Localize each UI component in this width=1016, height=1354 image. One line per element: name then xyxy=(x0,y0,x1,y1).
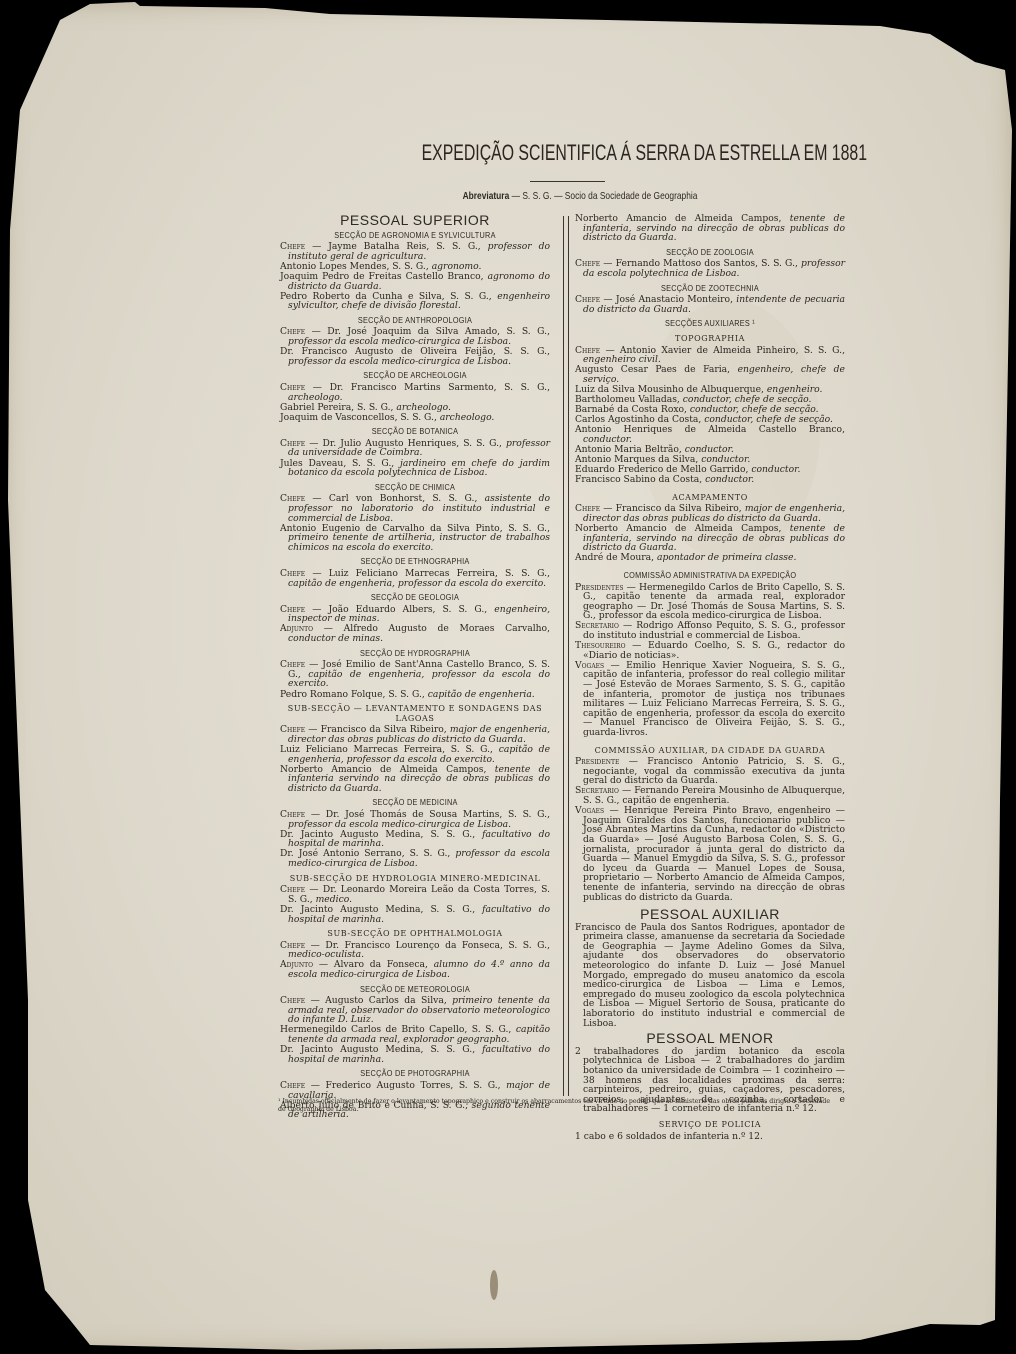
list-item: Chefe — Antonio Xavier de Almeida Pinhei… xyxy=(575,346,845,365)
section-heading: SECÇÃO DE ZOOLOGIA xyxy=(595,248,825,258)
list-item: Dr. Francisco Augusto de Oliveira Feijão… xyxy=(280,347,550,366)
section-heading: SECÇÃO DE HYDROGRAPHIA xyxy=(300,649,530,659)
list-item: Chefe — Francisco da Silva Ribeiro, majo… xyxy=(280,725,550,744)
list-item: Dr. Jacinto Augusto Medina, S. S. G., fa… xyxy=(280,830,550,849)
list-item: Dr. Jacinto Augusto Medina, S. S. G., fa… xyxy=(280,1045,550,1064)
column-divider xyxy=(563,216,569,1096)
list-item: Chefe — Francisco da Silva Ribeiro, majo… xyxy=(575,504,845,523)
entry-desc: conductor. xyxy=(705,474,754,485)
servico-policia-text: 1 cabo e 6 soldados de infanteria n.º 12… xyxy=(575,1132,845,1142)
pessoal-auxiliar-text: Francisco de Paula dos Santos Rodrigues,… xyxy=(575,923,845,1029)
section-heading: SECÇÃO DE ANTHROPOLOGIA xyxy=(300,316,530,326)
list-item: Chefe — Dr. Francisco Martins Sarmento, … xyxy=(280,383,550,402)
list-item: Chefe — Carl von Bonhorst, S. S. G., ass… xyxy=(280,494,550,523)
abbreviation-label: Abreviatura xyxy=(463,190,510,202)
heading-pessoal-menor: PESSOAL MENOR xyxy=(575,1034,845,1044)
abbreviation-text: — S. S. G. — Socio da Sociedade de Geogr… xyxy=(512,190,698,202)
list-item: Hermenegildo Carlos de Brito Capello, S.… xyxy=(280,1025,550,1044)
list-item: Augusto Cesar Paes de Faria, engenheiro,… xyxy=(575,365,845,384)
heading-pessoal-auxiliar: PESSOAL AUXILIAR xyxy=(575,910,845,920)
entry-text: Henrique Pereira Pinto Bravo, engenheiro… xyxy=(583,805,845,902)
list-item: Chefe — José Anastacio Monteiro, intende… xyxy=(575,295,845,314)
list-item: Pedro Romano Folque, S. S. G., capitão d… xyxy=(280,690,550,700)
section-heading: SECÇÃO DE CHIMICA xyxy=(300,483,530,493)
heading-commissao-auxiliar: COMMISSÃO AUXILIAR, DA CIDADE DA GUARDA xyxy=(575,746,845,756)
list-item: Norberto Amancio de Almeida Campos, tene… xyxy=(575,524,845,553)
entry-desc: primeiro tenente de artilheria, instruct… xyxy=(288,532,550,553)
section-heading: SUB-SECÇÃO DE HYDROLOGIA MINERO-MEDICINA… xyxy=(280,874,550,884)
title-rule xyxy=(530,181,605,182)
entry-desc: capitão de engenheria, professor da esco… xyxy=(288,578,546,589)
heading-seccoes-auxiliares: SECÇÕES AUXILIARES ¹ xyxy=(595,319,825,329)
heading-topographia: TOPOGRAPHIA xyxy=(575,334,845,344)
topographia-entries: Chefe — Antonio Xavier de Almeida Pinhei… xyxy=(575,346,845,485)
entry-desc: capitão de engenheria. xyxy=(428,689,535,700)
section-heading: SECÇÃO DE METEOROLOGIA xyxy=(300,985,530,995)
list-item: Chefe — Fernando Mattoso dos Santos, S. … xyxy=(575,259,845,278)
list-item: Adjunto — Alvaro da Fonseca, alumno do 4… xyxy=(280,960,550,979)
section-heading: SUB-SECÇÃO DE OPHTHALMOLOGIA xyxy=(280,929,550,939)
list-item: Luiz Feliciano Marrecas Ferreira, S. S. … xyxy=(280,745,550,764)
list-item: Presidente — Francisco Antonio Patricio,… xyxy=(575,757,845,786)
entry-desc: conductor de minas. xyxy=(288,633,383,644)
list-item: Presidentes — Hermenegildo Carlos de Bri… xyxy=(575,583,845,621)
list-item: Chefe — Dr. José Thomás de Sousa Martins… xyxy=(280,810,550,829)
list-item: Adjunto — Alfredo Augusto de Moraes Carv… xyxy=(280,624,550,643)
list-item: Chefe — Dr. Julio Augusto Henriques, S. … xyxy=(280,439,550,458)
list-item: Pedro Roberto da Cunha e Silva, S. S. G.… xyxy=(280,292,550,311)
continuation-entry: Norberto Amancio de Almeida Campos, tene… xyxy=(575,214,845,243)
heading-commissao-administrativa: COMMISSÃO ADMINISTRATIVA DA EXPEDIÇÃO xyxy=(595,571,825,581)
document-page: EXPEDIÇÃO SCIENTIFICA Á SERRA DA ESTRELL… xyxy=(0,0,1016,1354)
entry-desc: archeologo. xyxy=(440,412,495,423)
right-sections: SECÇÃO DE ZOOLOGIAChefe — Fernando Matto… xyxy=(575,248,845,315)
document-title: EXPEDIÇÃO SCIENTIFICA Á SERRA DA ESTRELL… xyxy=(422,140,739,166)
list-item: Chefe — José Emilio de Sant'Anna Castell… xyxy=(280,660,550,689)
list-item: Chefe — Dr. José Joaquim da Silva Amado,… xyxy=(280,327,550,346)
list-item: Joaquim de Vasconcellos, S. S. G., arche… xyxy=(280,413,550,423)
list-item: Chefe — João Eduardo Albers, S. S. G., e… xyxy=(280,605,550,624)
section-heading: SECÇÃO DE ETHNOGRAPHIA xyxy=(300,557,530,567)
list-item: Thesoureiro — Eduardo Coelho, S. S. G., … xyxy=(575,641,845,660)
left-sections: SECÇÃO DE AGRONOMIA E SYLVICULTURAChefe … xyxy=(280,231,550,1120)
section-heading: SUB-SECÇÃO — LEVANTAMENTO E SONDAGENS DA… xyxy=(280,704,550,723)
list-item: Norberto Amancio de Almeida Campos, tene… xyxy=(280,765,550,794)
commissao-auxiliar-entries: Presidente — Francisco Antonio Patricio,… xyxy=(575,757,845,902)
heading-servico-policia: SERVIÇO DE POLICIA xyxy=(575,1120,845,1130)
list-item: Chefe — Augusto Carlos da Silva, primeir… xyxy=(280,996,550,1025)
section-heading: SECÇÃO DE PHOTOGRAPHIA xyxy=(300,1069,530,1079)
section-heading: SECÇÃO DE AGRONOMIA E SYLVICULTURA xyxy=(300,231,530,241)
entry-name: Pedro Romano Folque, S. S. G., xyxy=(280,689,425,700)
acampamento-entries: Chefe — Francisco da Silva Ribeiro, majo… xyxy=(575,504,845,563)
list-item: Secretario — Rodrigo Affonso Pequito, S.… xyxy=(575,621,845,640)
entry-name: Joaquim de Vasconcellos, S. S. G., xyxy=(280,412,437,423)
list-item: Vogaes — Henrique Pereira Pinto Bravo, e… xyxy=(575,806,845,902)
section-heading: SECÇÃO DE BOTANICA xyxy=(300,427,530,437)
heading-pessoal-superior: PESSOAL SUPERIOR xyxy=(280,216,550,226)
paper-mark xyxy=(490,1270,498,1300)
entry-name: Dr. Francisco Martins Sarmento, S. S. G.… xyxy=(330,382,550,393)
list-item: André de Moura, apontador de primeira cl… xyxy=(575,553,845,563)
entry-desc: conductor. xyxy=(751,464,800,475)
entry-name: Francisco Sabino da Costa, xyxy=(575,474,702,485)
entry-desc: professor da escola medico-cirurgica de … xyxy=(288,356,511,367)
list-item: Dr. Jacinto Augusto Medina, S. S. G., fa… xyxy=(280,905,550,924)
entry-name: Frederico Augusto Torres, S. S. G., xyxy=(326,1080,501,1091)
left-column: PESSOAL SUPERIOR SECÇÃO DE AGRONOMIA E S… xyxy=(280,212,550,1120)
section-heading: SECÇÃO DE ARCHEOLOGIA xyxy=(300,371,530,381)
commissao-administrativa-entries: Presidentes — Hermenegildo Carlos de Bri… xyxy=(575,583,845,738)
list-item: Vogaes — Emilio Henrique Xavier Nogueira… xyxy=(575,661,845,738)
list-item: Antonio Eugenio de Carvalho da Silva Pin… xyxy=(280,524,550,553)
list-item: Francisco Sabino da Costa, conductor. xyxy=(575,475,845,485)
entry-text: Emilio Henrique Xavier Nogueira, S. S. G… xyxy=(583,660,845,738)
list-item: Chefe — Dr. Leonardo Moreira Leão da Cos… xyxy=(280,885,550,904)
entry-desc: capitão de engenheria, professor da esco… xyxy=(288,669,550,690)
entry-name: André de Moura, xyxy=(575,552,654,563)
abbreviation-line: Abreviatura — S. S. G. — Socio da Socied… xyxy=(404,190,756,202)
entry-desc: apontador de primeira classe. xyxy=(657,552,796,563)
section-heading: SECÇÃO DE MEDICINA xyxy=(300,798,530,808)
right-column: Norberto Amancio de Almeida Campos, tene… xyxy=(575,214,845,1141)
footnote: ¹ Incumbidas officialmente de fazer o le… xyxy=(278,1098,838,1114)
list-item: Chefe — Luiz Feliciano Marrecas Ferreira… xyxy=(280,569,550,588)
section-heading: SECÇÃO DE GEOLOGIA xyxy=(300,593,530,603)
section-heading: SECÇÃO DE ZOOTECHNIA xyxy=(595,284,825,294)
list-item: Antonio Henriques de Almeida Castello Br… xyxy=(575,425,845,444)
heading-acampamento: ACAMPAMENTO xyxy=(575,493,845,503)
list-item: Chefe — Jayme Batalha Reis, S. S. G., pr… xyxy=(280,242,550,261)
list-item: Dr. José Antonio Serrano, S. S. G., prof… xyxy=(280,849,550,868)
list-item: Chefe — Dr. Francisco Lourenço da Fonsec… xyxy=(280,941,550,960)
list-item: Secretario — Fernando Pereira Mousinho d… xyxy=(575,786,845,805)
list-item: Jules Daveau, S. S. G., jardineiro em ch… xyxy=(280,459,550,478)
list-item: Joaquim Pedro de Freitas Castello Branco… xyxy=(280,272,550,291)
